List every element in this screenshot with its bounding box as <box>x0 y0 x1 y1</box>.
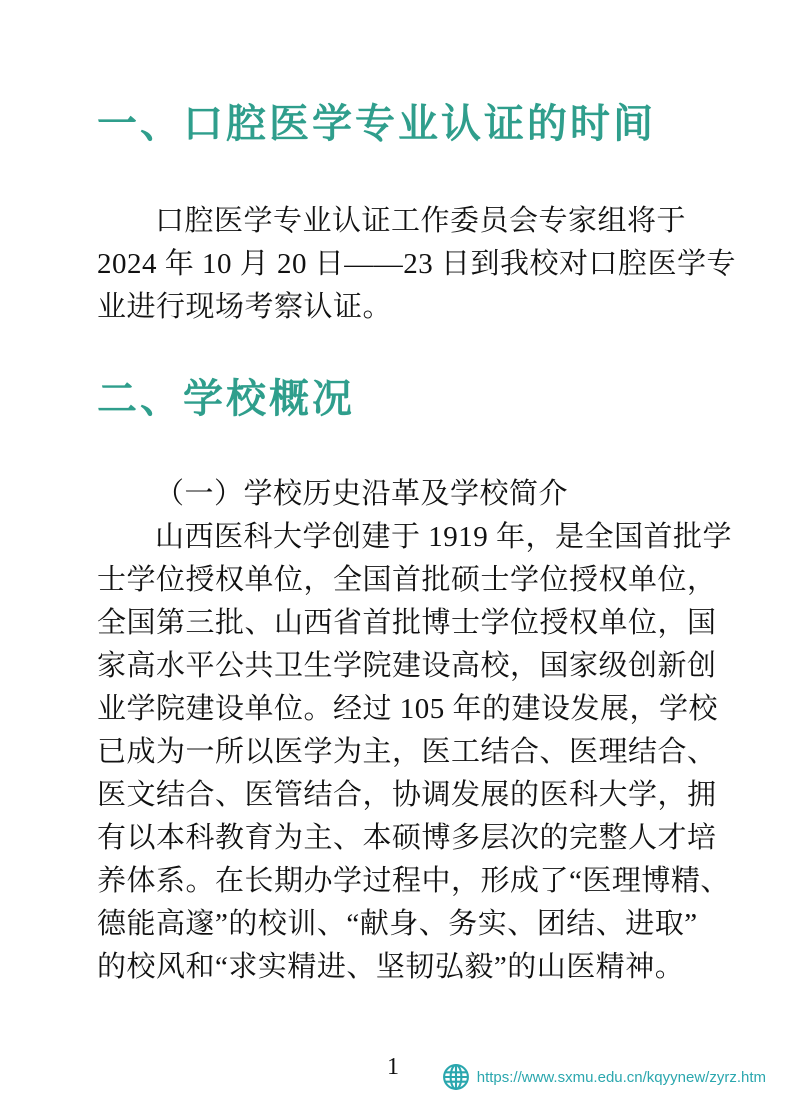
section-2-heading: 二、学校概况 <box>97 375 691 423</box>
body-line: 医文结合、医管结合，协调发展的医科大学，拥 <box>97 774 691 817</box>
section-2-paragraph: （一）学校历史沿革及学校简介 山西医科大学创建于 1919 年，是全国首批学 士… <box>97 473 691 989</box>
body-line: 养体系。在长期办学过程中，形成了“医理博精、 <box>97 860 691 903</box>
body-line: 2024 年 10 月 20 日——23 日到我校对口腔医学专 <box>97 243 691 286</box>
body-line: 全国第三批、山西省首批博士学位授权单位，国 <box>97 602 691 645</box>
globe-icon <box>442 1063 470 1091</box>
section-1-paragraph: 口腔医学专业认证工作委员会专家组将于 2024 年 10 月 20 日——23 … <box>97 200 691 329</box>
document-page: 一、口腔医学专业认证的时间 口腔医学专业认证工作委员会专家组将于 2024 年 … <box>0 0 786 1111</box>
body-line: 德能高邃”的校训、“献身、务实、团结、进取” <box>97 903 691 946</box>
body-line: 士学位授权单位，全国首批硕士学位授权单位， <box>97 559 691 602</box>
body-line: 山西医科大学创建于 1919 年，是全国首批学 <box>97 516 691 559</box>
section-1-heading: 一、口腔医学专业认证的时间 <box>97 100 691 148</box>
footer-url-link[interactable]: https://www.sxmu.edu.cn/kqyynew/zyrz.htm <box>442 1063 766 1091</box>
body-line: 的校风和“求实精进、坚韧弘毅”的山医精神。 <box>97 946 691 989</box>
subheading-line: （一）学校历史沿革及学校简介 <box>97 473 691 516</box>
body-line: 业进行现场考察认证。 <box>97 286 691 329</box>
footer-url-text: https://www.sxmu.edu.cn/kqyynew/zyrz.htm <box>477 1069 766 1086</box>
body-line: 口腔医学专业认证工作委员会专家组将于 <box>97 200 691 243</box>
body-line: 业学院建设单位。经过 105 年的建设发展，学校 <box>97 688 691 731</box>
body-line: 家高水平公共卫生学院建设高校，国家级创新创 <box>97 645 691 688</box>
body-line: 已成为一所以医学为主，医工结合、医理结合、 <box>97 731 691 774</box>
body-line: 有以本科教育为主、本硕博多层次的完整人才培 <box>97 817 691 860</box>
